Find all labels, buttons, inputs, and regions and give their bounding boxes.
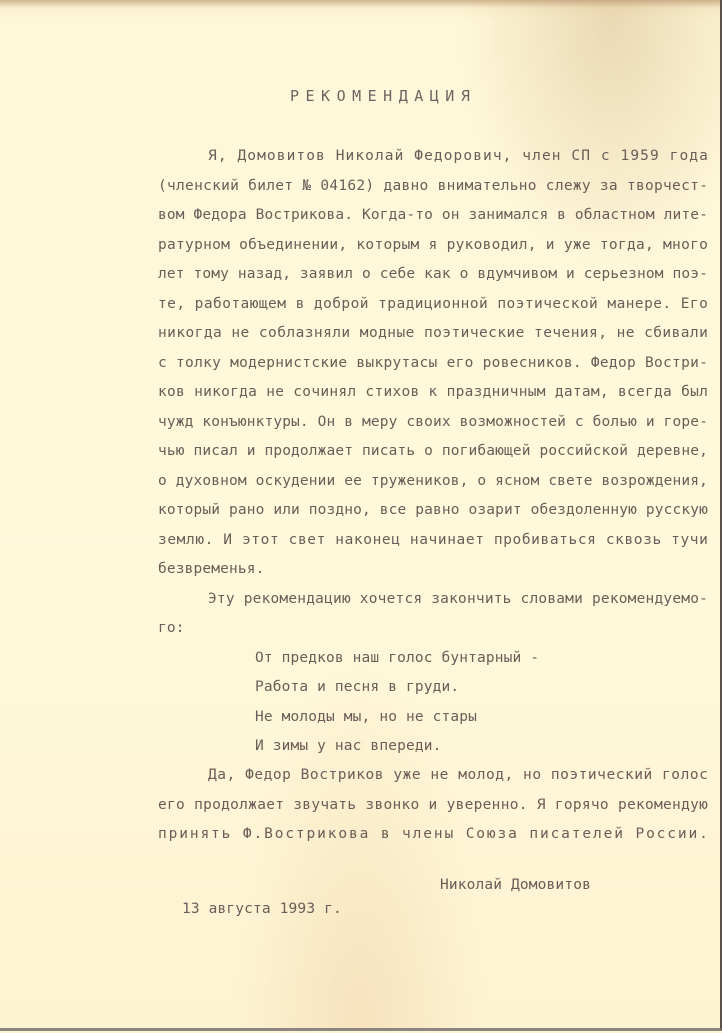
paragraph-line: который рано или поздно, все равно озари… [158, 502, 708, 518]
paragraph-line: лет тому назад, заявил о себе как о вдум… [158, 266, 708, 282]
paragraph-line: Эту рекомендацию хочется закончить слова… [208, 591, 708, 607]
paragraph-line: никогда не соблазняли модные поэтические… [158, 325, 708, 341]
paragraph-line: Я, Домовитов Николай Федорович, член СП … [208, 148, 709, 164]
paper-top-edge-stain [0, 0, 720, 8]
poem-line: И зимы у нас впереди. [255, 738, 441, 754]
paragraph-line: Да, Федор Востриков уже не молод, но поэ… [208, 767, 708, 783]
poem-line: От предков наш голос бунтарный - [255, 650, 539, 666]
poem-line: Работа и песня в груди. [255, 679, 459, 695]
paragraph-line: ков никогда не сочинял стихов к празднич… [158, 384, 708, 400]
document-date: 13 августа 1993 г. [182, 901, 342, 917]
paragraph-line: принять Ф.Вострикова в члены Союза писат… [158, 826, 710, 842]
paragraph-line: (членский билет № 04162) давно вниматель… [158, 178, 708, 194]
paragraph-line: вом Федора Вострикова. Когда-то он заним… [158, 207, 708, 223]
paragraph-line: землю. И этот свет наконец начинает проб… [158, 532, 708, 548]
paragraph-line: с толку модернистские выкрутасы его рове… [158, 355, 708, 371]
paragraph-line: те, работающем в доброй традиционной поэ… [158, 296, 708, 312]
poem-line: Не молоды мы, но не стары [255, 709, 477, 725]
paragraph-line: ратурном объединении, которым я руководи… [158, 237, 708, 253]
signature-name: Николай Домовитов [440, 877, 591, 893]
paragraph-line: безвременья. [158, 561, 265, 577]
document-title: РЕКОМЕНДАЦИЯ [290, 87, 476, 105]
paragraph-line: его продолжает звучать звонко и уверенно… [158, 797, 708, 813]
paragraph-line: го: [158, 620, 185, 636]
paragraph-line: чью писал и продолжает писать о погибающ… [158, 443, 708, 459]
paragraph-line: о духовном оскудении ее тружеников, о яс… [158, 473, 708, 489]
paragraph-line: чужд конъюнктуры. Он в меру своих возмож… [158, 414, 708, 430]
